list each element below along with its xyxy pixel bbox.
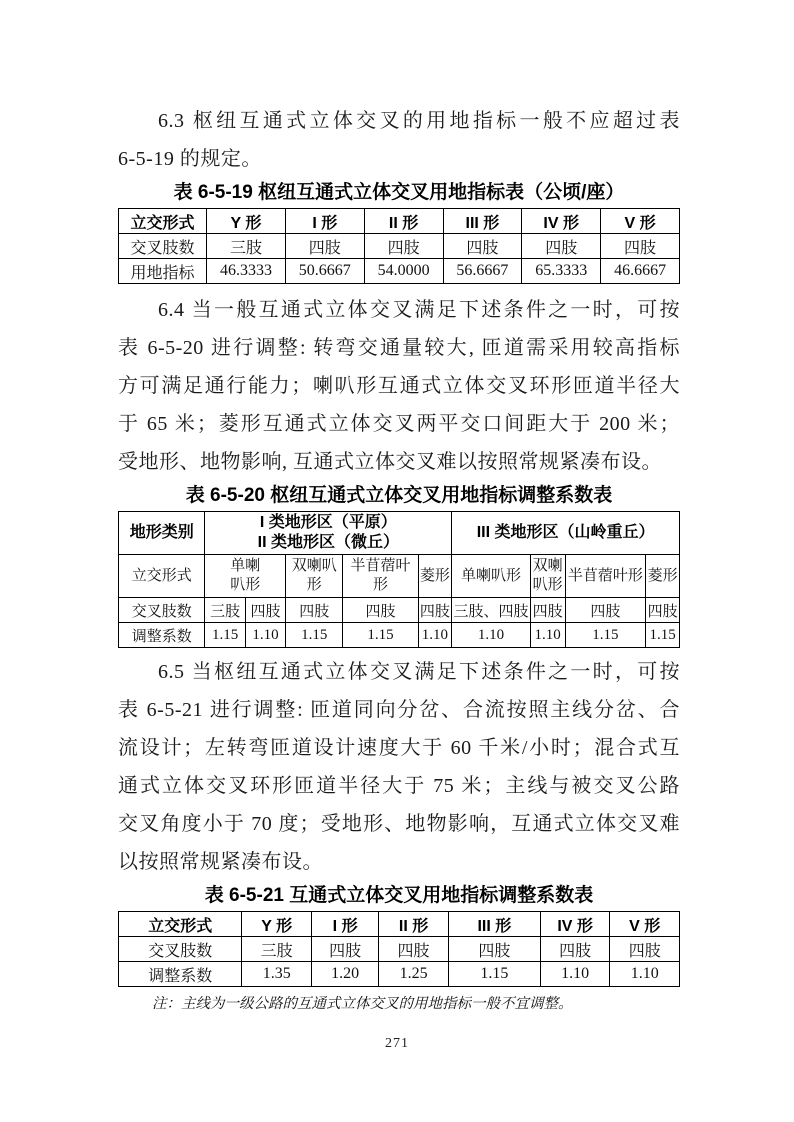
table-cell: 四肢: [418, 598, 452, 623]
table-cell: 1.10: [452, 623, 531, 648]
table-cell: 三肢: [207, 234, 286, 259]
table-cell: 1.15: [205, 623, 245, 648]
table-cell: 立交形式: [119, 555, 205, 598]
table-cell: 四肢: [610, 937, 680, 962]
table-cell: 1.10: [610, 962, 680, 987]
table-cell: II 形: [379, 912, 449, 937]
table-cell: 1.35: [242, 962, 312, 987]
table-cell: 四肢: [286, 598, 343, 623]
table-cell: III 类地形区（山岭重丘）: [452, 512, 680, 555]
table-cell: 交叉肢数: [119, 598, 205, 623]
table-cell: III 形: [443, 209, 522, 234]
table-cell: 四肢: [364, 234, 443, 259]
table-row: 交叉肢数 三肢 四肢 四肢 四肢 四肢 三肢、四肢 四肢 四肢 四肢: [119, 598, 680, 623]
paragraph-line: 方可满足通行能力；喇叭形互通式立体交叉环形匝道半径大: [118, 367, 680, 405]
table-6-5-20-title: 表 6-5-20 枢纽互通式立体交叉用地指标调整系数表: [118, 484, 680, 508]
table-cell: 56.6667: [443, 259, 522, 284]
table-cell: 1.15: [343, 623, 418, 648]
table-cell: 46.6667: [601, 259, 680, 284]
table-cell: IV 形: [522, 209, 601, 234]
page-number: 271: [0, 1036, 794, 1052]
table-cell: Y 形: [242, 912, 312, 937]
table-cell: 双喇 叭形: [530, 555, 565, 598]
table-cell: 1.15: [646, 623, 680, 648]
paragraph-line: 通式立体交叉环形匝道半径大于 75 米；主线与被交叉公路: [118, 767, 680, 805]
table-cell: IV 形: [540, 912, 610, 937]
table-cell: 四肢: [646, 598, 680, 623]
table-cell: I 类地形区（平原） II 类地形区（微丘）: [205, 512, 452, 555]
paragraph-line: 表 6-5-21 进行调整: 匝道同向分岔、合流按照主线分岔、合: [118, 691, 680, 729]
table-cell: 菱形: [646, 555, 680, 598]
table-cell: 四肢: [448, 937, 540, 962]
table-cell: 立交形式: [119, 209, 207, 234]
table-cell: 四肢: [522, 234, 601, 259]
table-cell: 65.3333: [522, 259, 601, 284]
table-cell: 四肢: [530, 598, 565, 623]
paragraph-6-4: 6.4 当一般互通式立体交叉满足下述条件之一时，可按 表 6-5-20 进行调整…: [118, 291, 680, 481]
table-cell: 1.15: [448, 962, 540, 987]
table-row: 调整系数 1.15 1.10 1.15 1.15 1.10 1.10 1.10 …: [119, 623, 680, 648]
table-cell: Y 形: [207, 209, 286, 234]
table-row: 调整系数 1.35 1.20 1.25 1.15 1.10 1.10: [119, 962, 680, 987]
table-6-5-20: 地形类别 I 类地形区（平原） II 类地形区（微丘） III 类地形区（山岭重…: [118, 511, 680, 648]
table-row: 交叉肢数 三肢 四肢 四肢 四肢 四肢 四肢: [119, 234, 680, 259]
table-cell: I 形: [285, 209, 364, 234]
table-row: 立交形式 单喇 叭形 双喇叭形 半苜蓿叶形 菱形 单喇叭形 双喇 叭形 半苜蓿叶…: [119, 555, 680, 598]
paragraph-line: 6.3 枢纽互通式立体交叉的用地指标一般不应超过表: [118, 102, 680, 140]
table-cell: 1.15: [286, 623, 343, 648]
table-cell: 1.10: [245, 623, 285, 648]
table-cell: 交叉肢数: [119, 234, 207, 259]
table-cell: 1.15: [565, 623, 646, 648]
table-cell: 1.10: [418, 623, 452, 648]
table-cell: 半苜蓿叶形: [343, 555, 418, 598]
table-cell: 调整系数: [119, 623, 205, 648]
table-cell: 三肢: [205, 598, 245, 623]
table-cell: 用地指标: [119, 259, 207, 284]
table-6-5-19-title: 表 6-5-19 枢纽互通式立体交叉用地指标表（公顷/座）: [118, 181, 680, 205]
table-cell: 三肢、四肢: [452, 598, 531, 623]
table-row: 立交形式 Y 形 I 形 II 形 III 形 IV 形 V 形: [119, 912, 680, 937]
paragraph-line: 交叉角度小于 70 度；受地形、地物影响，互通式立体交叉难: [118, 805, 680, 843]
table-6-5-19: 立交形式 Y 形 I 形 II 形 III 形 IV 形 V 形 交叉肢数 三肢…: [118, 208, 680, 284]
table-6-5-21-title: 表 6-5-21 互通式立体交叉用地指标调整系数表: [118, 884, 680, 908]
table-cell: 四肢: [443, 234, 522, 259]
paragraph-line: 以按照常规紧凑布设。: [118, 843, 680, 881]
table-row: 立交形式 Y 形 I 形 II 形 III 形 IV 形 V 形: [119, 209, 680, 234]
table-cell: 1.25: [379, 962, 449, 987]
table-cell: 立交形式: [119, 912, 242, 937]
table-cell: V 形: [610, 912, 680, 937]
table-cell: 四肢: [565, 598, 646, 623]
paragraph-line: 于 65 米；菱形互通式立体交叉两平交口间距大于 200 米；: [118, 405, 680, 443]
paragraph-6-5: 6.5 当枢纽互通式立体交叉满足下述条件之一时，可按 表 6-5-21 进行调整…: [118, 653, 680, 881]
table-cell: 四肢: [343, 598, 418, 623]
paragraph-line: 6-5-19 的规定。: [118, 140, 680, 178]
table-cell: 交叉肢数: [119, 937, 242, 962]
table-cell: 菱形: [418, 555, 452, 598]
table-cell: 半苜蓿叶形: [565, 555, 646, 598]
table-row: 用地指标 46.3333 50.6667 54.0000 56.6667 65.…: [119, 259, 680, 284]
table-cell: 四肢: [601, 234, 680, 259]
paragraph-line: 流设计；左转弯匝道设计速度大于 60 千米/小时；混合式互: [118, 729, 680, 767]
table-cell: 单喇叭形: [452, 555, 531, 598]
table-cell: 54.0000: [364, 259, 443, 284]
paragraph-6-3: 6.3 枢纽互通式立体交叉的用地指标一般不应超过表 6-5-19 的规定。: [118, 102, 680, 178]
table-cell: III 形: [448, 912, 540, 937]
table-cell: 四肢: [311, 937, 378, 962]
table-row: 地形类别 I 类地形区（平原） II 类地形区（微丘） III 类地形区（山岭重…: [119, 512, 680, 555]
table-cell: 50.6667: [285, 259, 364, 284]
table-cell: 1.10: [540, 962, 610, 987]
table-cell: 四肢: [245, 598, 285, 623]
table-cell: I 形: [311, 912, 378, 937]
table-cell: 调整系数: [119, 962, 242, 987]
document-page: 6.3 枢纽互通式立体交叉的用地指标一般不应超过表 6-5-19 的规定。 表 …: [0, 0, 794, 1122]
table-6-5-21: 立交形式 Y 形 I 形 II 形 III 形 IV 形 V 形 交叉肢数 三肢…: [118, 911, 680, 987]
table-cell: 地形类别: [119, 512, 205, 555]
paragraph-line: 6.5 当枢纽互通式立体交叉满足下述条件之一时，可按: [118, 653, 680, 691]
table-note: 注：主线为一级公路的互通式立体交叉的用地指标一般不宜调整。: [152, 995, 680, 1014]
table-cell: 双喇叭形: [286, 555, 343, 598]
paragraph-line: 受地形、地物影响, 互通式立体交叉难以按照常规紧凑布设。: [118, 443, 680, 481]
table-cell: 1.10: [530, 623, 565, 648]
table-cell: 单喇 叭形: [205, 555, 286, 598]
table-cell: II 形: [364, 209, 443, 234]
table-cell: 四肢: [540, 937, 610, 962]
table-cell: 四肢: [285, 234, 364, 259]
table-cell: 三肢: [242, 937, 312, 962]
table-cell: 1.20: [311, 962, 378, 987]
table-cell: 四肢: [379, 937, 449, 962]
table-cell: 46.3333: [207, 259, 286, 284]
table-row: 交叉肢数 三肢 四肢 四肢 四肢 四肢 四肢: [119, 937, 680, 962]
paragraph-line: 表 6-5-20 进行调整: 转弯交通量较大, 匝道需采用较高指标: [118, 329, 680, 367]
table-cell: V 形: [601, 209, 680, 234]
paragraph-line: 6.4 当一般互通式立体交叉满足下述条件之一时，可按: [118, 291, 680, 329]
